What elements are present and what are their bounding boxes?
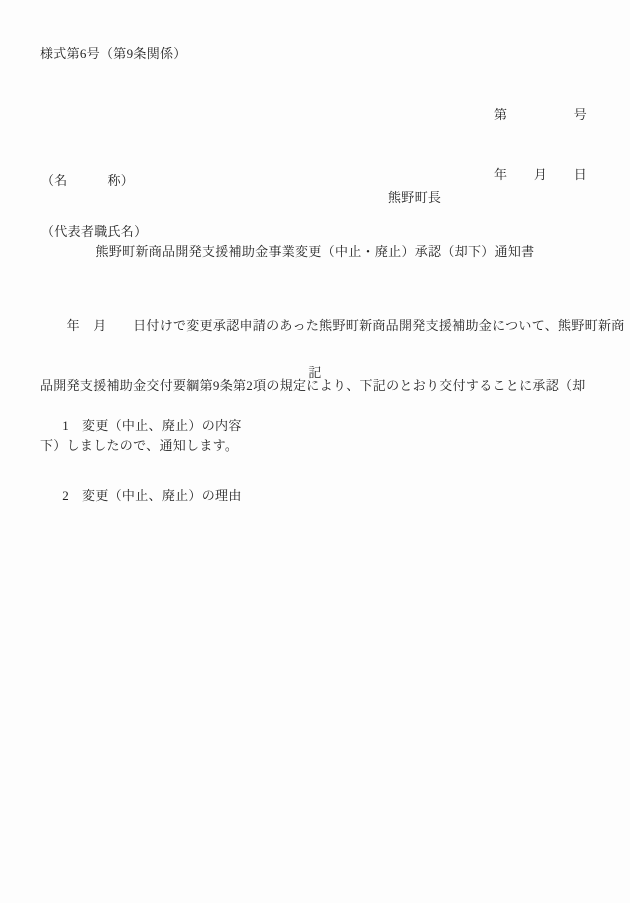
body-line: 年 月 日付けで変更承認申請のあった熊野町新商品開発支援補助金について、熊野町新… [40, 316, 600, 336]
record-item-number: 2 [62, 488, 69, 504]
addressee-name-line: （名 称） [41, 172, 147, 189]
notification-document-page: 様式第6号（第9条関係） 第 号 年 月 日 （名 称） （代表者職氏名） 熊野… [0, 0, 630, 903]
record-item: 2変更（中止、廃止）の理由 [48, 469, 242, 520]
record-item-label: 変更（中止、廃止）の内容 [82, 418, 242, 433]
body-paragraph: 年 月 日付けで変更承認申請のあった熊野町新商品開発支援補助金について、熊野町新… [40, 276, 600, 496]
record-item-number: 1 [62, 418, 69, 434]
record-item: 1変更（中止、廃止）の内容 [48, 399, 242, 450]
record-heading: 記 [0, 362, 630, 381]
sender-name: 熊野町長 [388, 187, 441, 206]
document-title: 熊野町新商品開発支援補助金事業変更（中止・廃止）承認（却下）通知書 [0, 241, 630, 260]
form-number-label: 様式第6号（第9条関係） [40, 43, 187, 62]
addressee-representative-line: （代表者職氏名） [41, 223, 147, 240]
document-number-line: 第 号 [494, 105, 587, 125]
document-number-date-block: 第 号 年 月 日 [494, 65, 587, 225]
record-item-label: 変更（中止、廃止）の理由 [82, 488, 242, 503]
document-date-line: 年 月 日 [494, 165, 587, 185]
